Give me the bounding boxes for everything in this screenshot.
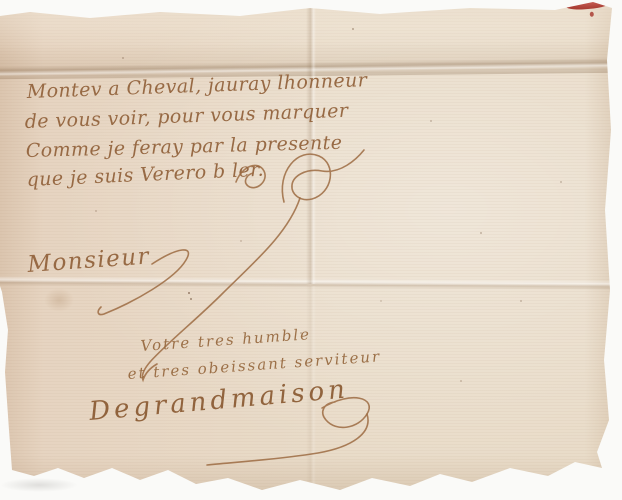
closing-line-1: Votre tres humble — [140, 325, 312, 355]
body-line-2: de vous voir, pour vous marquer — [24, 100, 350, 133]
body-line-1: Montev a Cheval, jauray lhonneur — [25, 69, 369, 103]
body-line-4: que je suis Verero b ler. — [26, 159, 264, 191]
paraph-loop-large — [282, 150, 364, 202]
signature-underline-flourish — [207, 414, 368, 465]
salutation: Monsieur — [26, 243, 152, 278]
signature: Degrandmaison — [87, 374, 350, 427]
body-line-3: Comme je feray par la presente — [26, 132, 343, 162]
handwriting-layer: Montev a Cheval, jauray lhonneur de vous… — [0, 0, 622, 500]
letter-scan: Montev a Cheval, jauray lhonneur de vous… — [0, 0, 622, 500]
